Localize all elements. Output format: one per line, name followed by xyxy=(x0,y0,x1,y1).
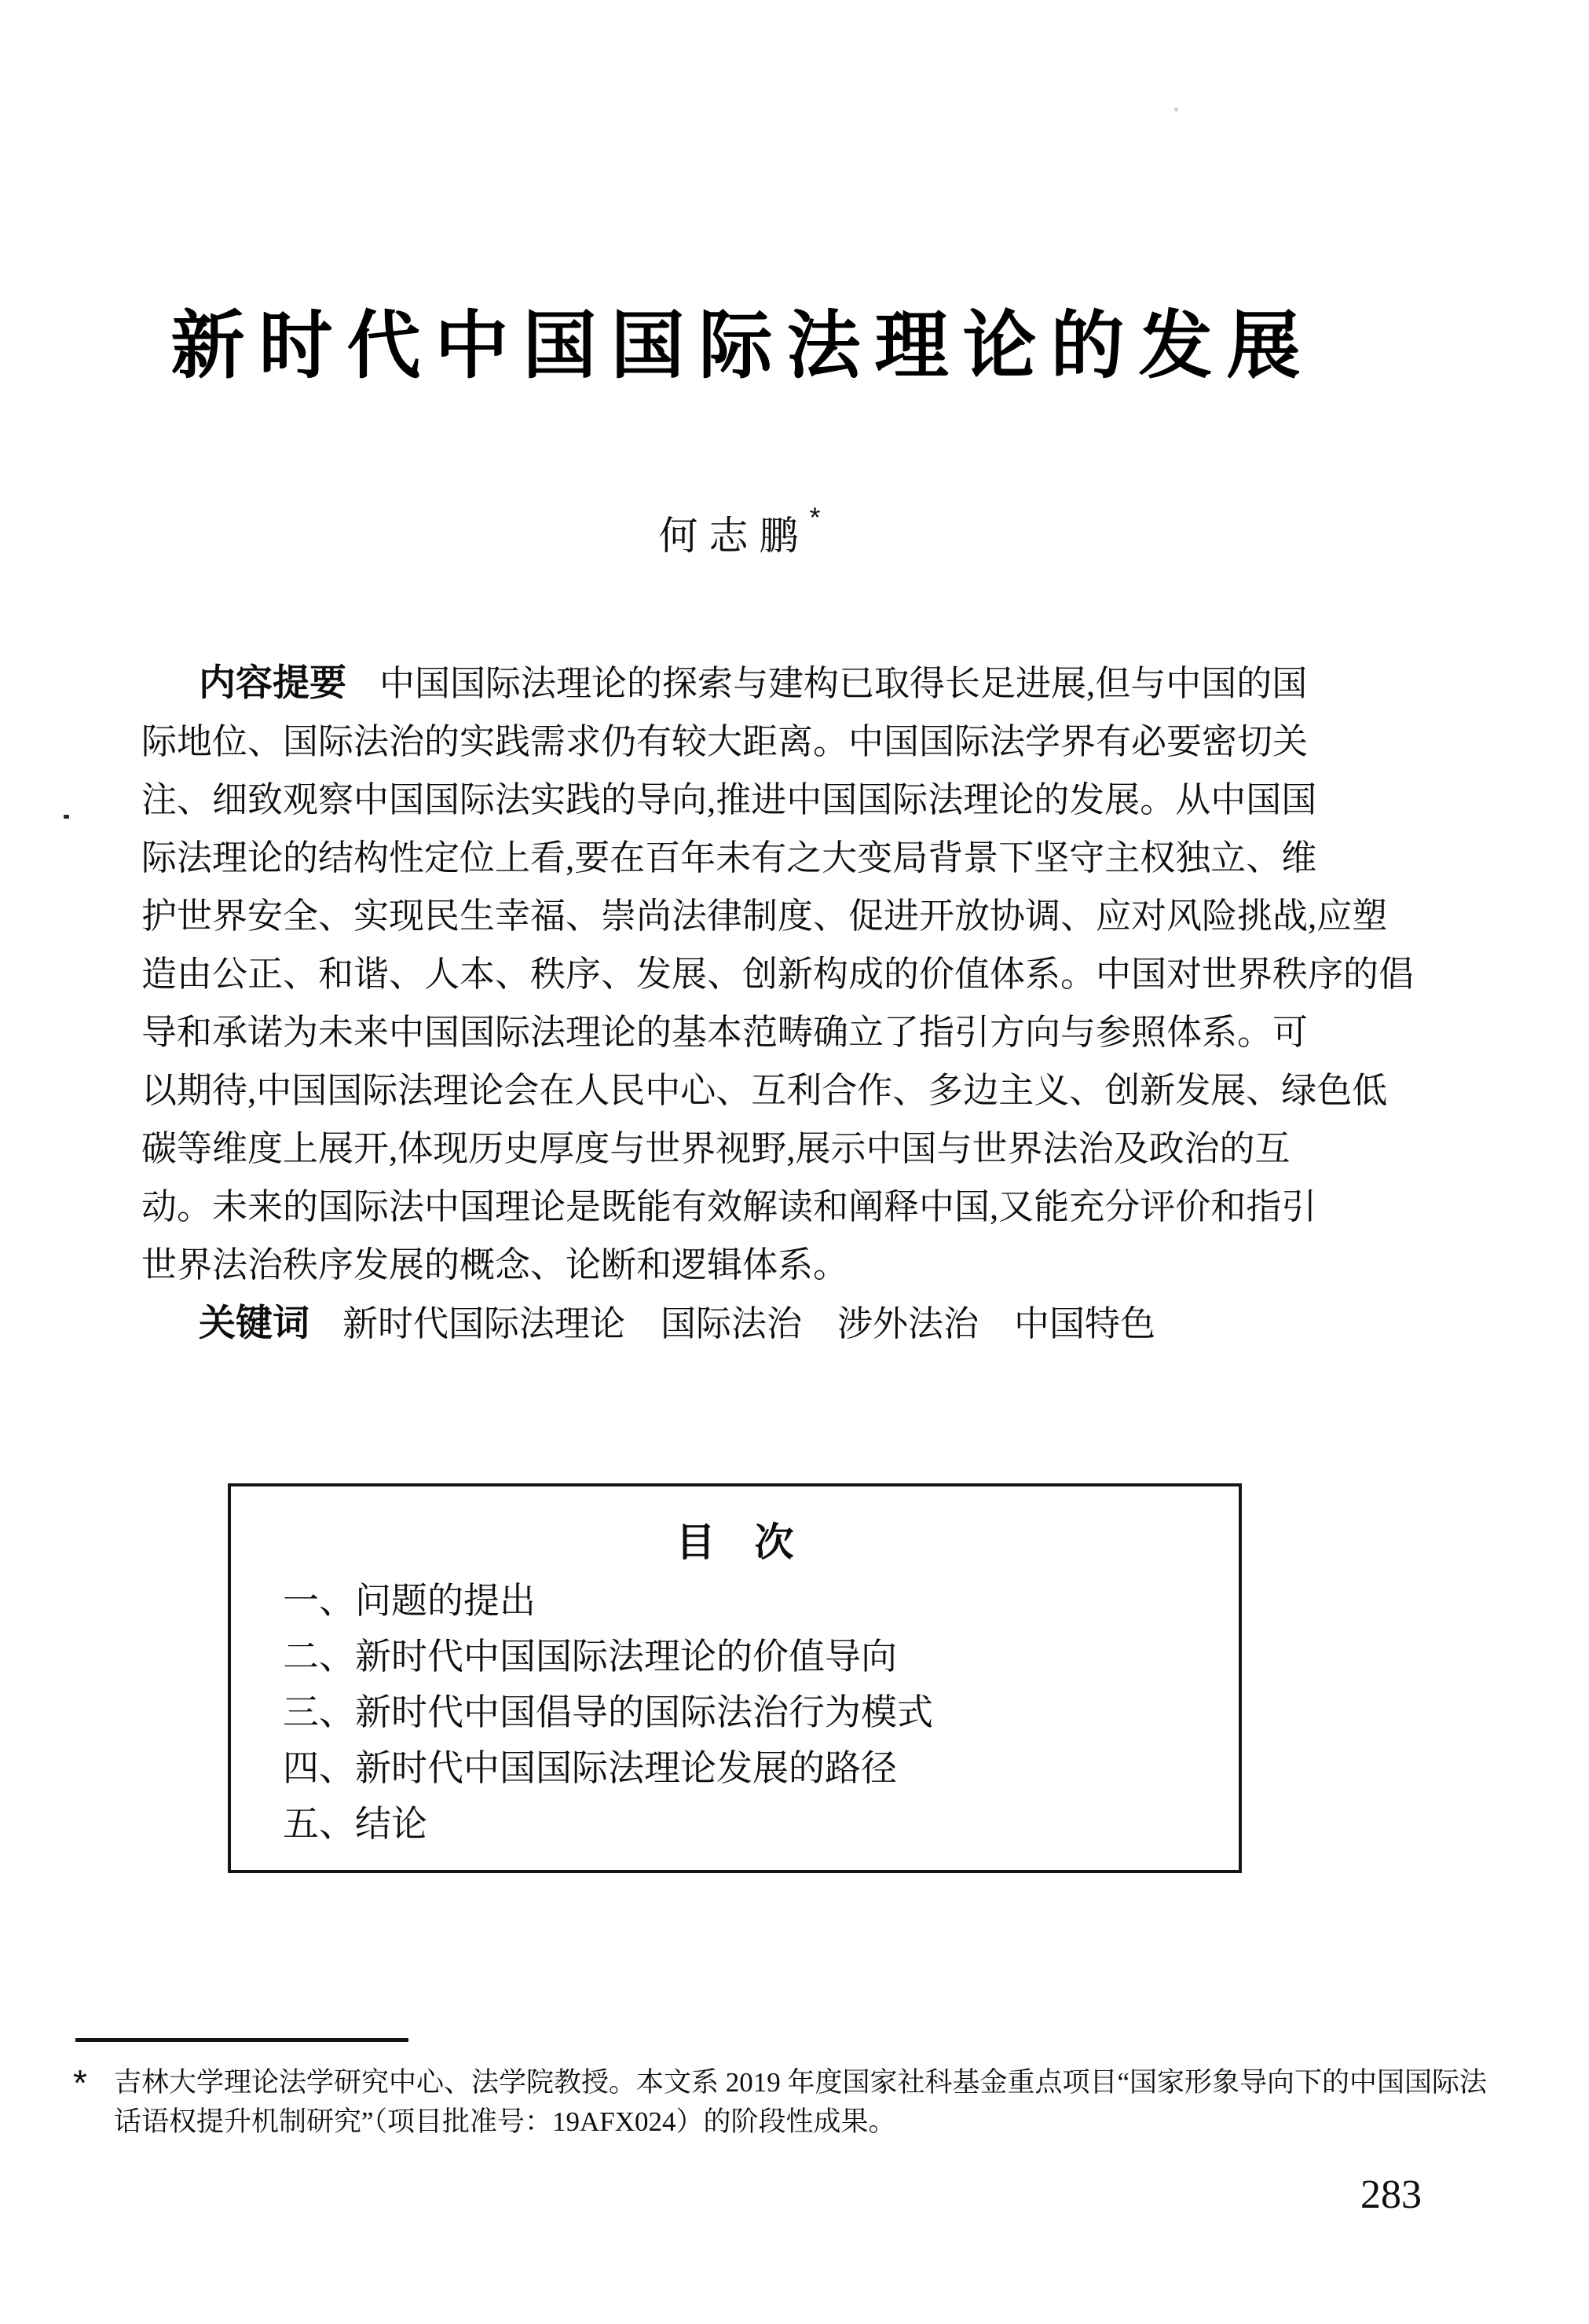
abstract-line: 动。未来的国际法中国理论是既能有效解读和阐释中国,又能充分评价和指引 xyxy=(141,1178,1367,1236)
article-title: 新时代中国国际法理论的发展 xyxy=(0,300,1485,393)
keyword: 中国特色 xyxy=(1014,1304,1155,1343)
abstract-text: 中国国际法理论的探索与建构已取得长足进展,但与中国的国 xyxy=(379,664,1307,703)
toc-item: 三、新时代中国倡导的国际法治行为模式 xyxy=(283,1684,1239,1740)
keywords-line: 关键词新时代国际法理论国际法治涉外法治中国特色 xyxy=(141,1294,1367,1353)
toc-item: 五、结论 xyxy=(283,1796,1239,1852)
abstract-block: 内容提要中国国际法理论的探索与建构已取得长足进展,但与中国的国 际地位、国际法治… xyxy=(141,654,1367,1353)
footnote-line: 吉林大学理论法学研究中心、法学院教授。本文系 2019 年度国家社科基金重点项目… xyxy=(114,2063,1433,2102)
author-footnote-marker: * xyxy=(809,501,820,533)
page-number: 283 xyxy=(1360,2172,1422,2219)
abstract-line: 护世界安全、实现民生幸福、崇尚法律制度、促进开放协调、应对风险挑战,应塑 xyxy=(141,887,1367,945)
abstract-line: 碳等维度上展开,体现历史厚度与世界视野,展示中国与世界法治及政治的互 xyxy=(141,1120,1367,1178)
document-page: 新时代中国国际法理论的发展 何志鹏* 内容提要中国国际法理论的探索与建构已取得长… xyxy=(0,0,1589,2324)
abstract-line: 内容提要中国国际法理论的探索与建构已取得长足进展,但与中国的国 xyxy=(141,654,1367,713)
toc-item: 一、问题的提出 xyxy=(283,1573,1239,1629)
abstract-line: 际法理论的结构性定位上看,要在百年未有之大变局背景下坚守主权独立、维 xyxy=(141,829,1367,887)
scan-speck xyxy=(64,815,69,819)
toc-box: 目 次 一、问题的提出 二、新时代中国国际法理论的价值导向 三、新时代中国倡导的… xyxy=(228,1483,1242,1873)
abstract-line: 注、细致观察中国国际法实践的导向,推进中国国际法理论的发展。从中国国 xyxy=(141,771,1367,829)
scan-speck xyxy=(1174,108,1178,112)
abstract-line: 以期待,中国国际法理论会在人民中心、互利合作、多边主义、创新发展、绿色低 xyxy=(141,1061,1367,1120)
keyword: 涉外法治 xyxy=(837,1304,979,1343)
footnote-marker: * xyxy=(73,2063,87,2102)
author-line: 何志鹏* xyxy=(0,490,1479,563)
footnote-line: 话语权提升机制研究”（项目批准号：19AFX024）的阶段性成果。 xyxy=(114,2102,1433,2142)
footnote-divider xyxy=(75,2038,408,2042)
abstract-line: 造由公正、和谐、人本、秩序、发展、创新构成的价值体系。中国对世界秩序的倡 xyxy=(141,945,1367,1003)
author-name: 何志鹏 xyxy=(658,514,809,558)
abstract-line: 际地位、国际法治的实践需求仍有较大距离。中国国际法学界有必要密切关 xyxy=(141,713,1367,771)
abstract-label: 内容提要 xyxy=(199,662,346,703)
keywords-label: 关键词 xyxy=(199,1302,309,1343)
keyword: 新时代国际法理论 xyxy=(342,1304,625,1343)
toc-list: 一、问题的提出 二、新时代中国国际法理论的价值导向 三、新时代中国倡导的国际法治… xyxy=(231,1573,1239,1852)
footnote: * 吉林大学理论法学研究中心、法学院教授。本文系 2019 年度国家社科基金重点… xyxy=(114,2063,1433,2142)
abstract-line: 导和承诺为未来中国国际法理论的基本范畴确立了指引方向与参照体系。可 xyxy=(141,1003,1367,1061)
toc-heading: 目 次 xyxy=(231,1519,1239,1565)
toc-item: 二、新时代中国国际法理论的价值导向 xyxy=(283,1629,1239,1684)
keyword: 国际法治 xyxy=(661,1304,802,1343)
abstract-line: 世界法治秩序发展的概念、论断和逻辑体系。 xyxy=(141,1236,1367,1294)
toc-item: 四、新时代中国国际法理论发展的路径 xyxy=(283,1740,1239,1796)
